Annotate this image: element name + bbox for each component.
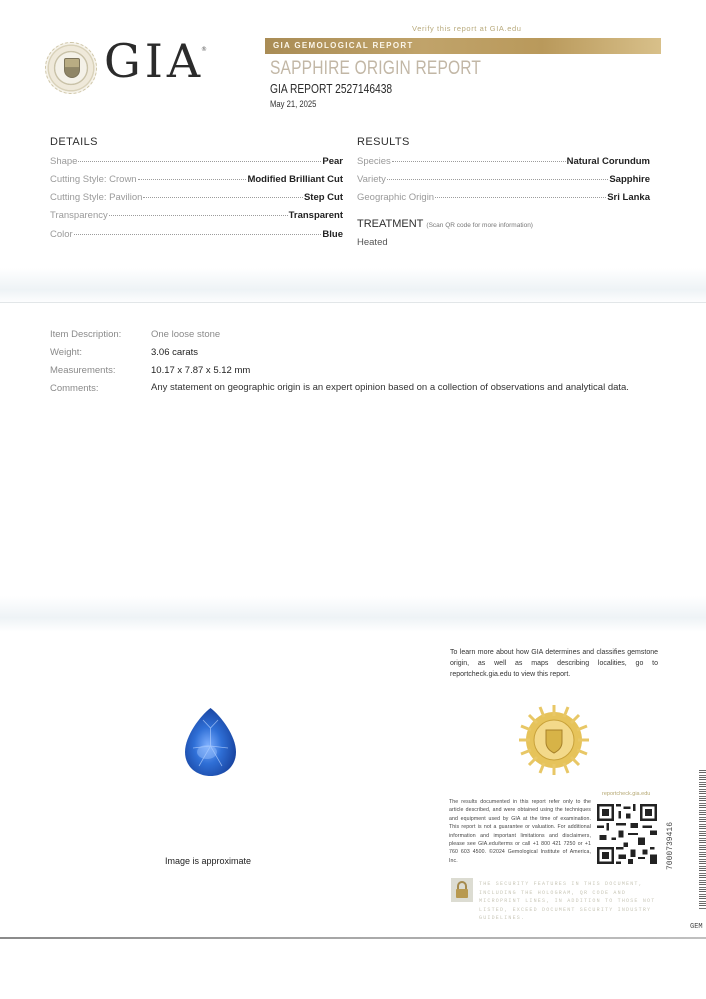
result-value: Sri Lanka [607,192,650,203]
detail-label: Shape [50,156,77,167]
gia-seal-icon [45,42,97,94]
detail-row-transparency: TransparencyTransparent [50,210,343,221]
result-label: Geographic Origin [357,192,434,203]
disclaimer-text: The results documented in this report re… [449,798,591,865]
details-title: DETAILS [50,136,98,148]
serial-number: 7000739416 [666,822,675,870]
registered-mark: ® [201,46,207,53]
detail-label: Color [50,229,73,240]
result-row-origin: Geographic OriginSri Lanka [357,192,650,203]
detail-row-color: ColorBlue [50,229,343,240]
detail-row-crown: Cutting Style: CrownModified Brilliant C… [50,174,343,185]
weight-label: Weight: [50,347,82,358]
result-row-species: SpeciesNatural Corundum [357,156,650,167]
detail-label: Cutting Style: Pavilion [50,192,142,203]
bottom-rule [0,937,706,939]
comments-label: Comments: [50,383,99,394]
detail-value: Transparent [289,210,343,221]
measurements-value: 10.17 x 7.87 x 5.12 mm [151,365,250,376]
paper-fold [0,268,706,304]
result-label: Species [357,156,391,167]
detail-value: Modified Brilliant Cut [247,174,343,185]
report-date: May 21, 2025 [270,99,316,109]
qr-code[interactable] [597,803,657,865]
sapphire-gem-image [183,706,238,778]
detail-label: Transparency [50,210,108,221]
treatment-heading: TREATMENT [357,218,423,230]
gia-logo: GIA [104,38,204,84]
report-banner: GIA GEMOLOGICAL REPORT [265,38,661,54]
image-caption: Image is approximate [165,856,251,866]
gold-hologram-seal-icon [518,704,590,776]
fold-line [0,302,706,303]
treatment-note: (Scan QR code for more information) [426,222,533,229]
edge-tag: GEM [690,923,703,931]
result-label: Variety [357,174,386,185]
detail-label: Cutting Style: Crown [50,174,137,185]
treatment-value: Heated [357,237,388,248]
result-value: Sapphire [609,174,650,185]
report-number: GIA REPORT 2527146438 [270,82,392,96]
qr-url-label: reportcheck.gia.edu [602,791,650,797]
detail-value: Blue [322,229,343,240]
item-description-value: One loose stone [151,329,220,340]
paper-fold [0,596,706,632]
detail-row-pavilion: Cutting Style: PavilionStep Cut [50,192,343,203]
shield-icon [64,58,80,78]
verify-link-text: Verify this report at GIA.edu [412,24,522,33]
barcode [699,770,706,910]
item-description-label: Item Description: [50,329,121,340]
security-lock-box [451,878,473,902]
lock-icon [451,878,473,902]
weight-value: 3.06 carats [151,347,198,358]
security-features-text: The security features in this document, … [479,880,664,923]
report-type-title: SAPPHIRE ORIGIN REPORT [270,58,481,80]
result-value: Natural Corundum [567,156,650,167]
detail-value: Step Cut [304,192,343,203]
detail-value: Pear [322,156,343,167]
results-title: RESULTS [357,136,410,148]
result-row-variety: VarietySapphire [357,174,650,185]
comments-value: Any statement on geographic origin is an… [151,379,631,397]
treatment-title: TREATMENT(Scan QR code for more informat… [357,218,533,230]
measurements-label: Measurements: [50,365,115,376]
learn-more-text: To learn more about how GIA determines a… [450,647,658,680]
banner-label: GIA GEMOLOGICAL REPORT [273,41,414,50]
detail-row-shape: ShapePear [50,156,343,167]
